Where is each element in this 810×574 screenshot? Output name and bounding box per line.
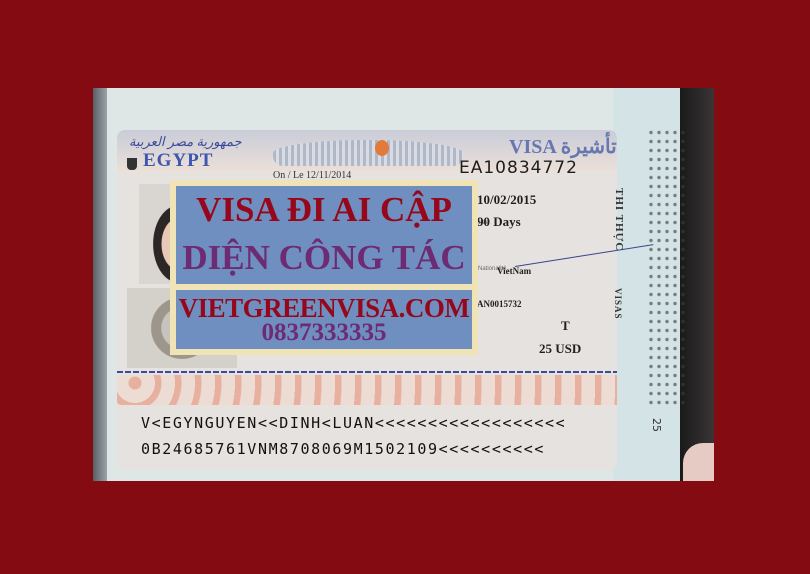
perforated-number xyxy=(647,128,687,408)
promo-title-panel: VISA ĐI AI CẬP DIỆN CÔNG TÁC xyxy=(176,186,472,284)
visa-title: VISA تأشيرة xyxy=(509,134,617,159)
visa-number: EA10834772 xyxy=(459,158,578,178)
country-arabic: جمهورية مصر العربية xyxy=(129,134,242,150)
country-name: EGYPT xyxy=(143,150,213,172)
mrz-line-2: 0B24685761VNM8708069M1502109<<<<<<<<<< xyxy=(141,440,545,458)
promo-title-line-1: VISA ĐI AI CẬP xyxy=(176,190,472,230)
page-number: 25 xyxy=(650,418,663,432)
vertical-label-visas: VISAS xyxy=(613,288,623,320)
promo-title-line-2: DIỆN CÔNG TÁC xyxy=(176,238,472,278)
promo-contact-panel: VIETGREENVISA.COM 0837333335 xyxy=(176,290,472,349)
duration-value: 90 Days xyxy=(477,214,521,230)
shield-icon xyxy=(127,158,137,170)
mrz-line-1: V<EGYNGUYEN<<DINH<LUAN<<<<<<<<<<<<<<<<<< xyxy=(141,414,566,432)
passport-number: AN0015732 xyxy=(477,299,522,309)
sun-disk-icon xyxy=(375,140,389,156)
security-line xyxy=(117,371,617,373)
expiration-value: 10/02/2015 xyxy=(477,192,536,208)
promo-phone: 0837333335 xyxy=(176,319,472,347)
thumb xyxy=(683,443,714,481)
winged-sun-emblem xyxy=(273,140,463,166)
visa-type: T xyxy=(561,318,570,334)
ornament-band xyxy=(117,375,617,405)
visa-fee: 25 USD xyxy=(539,341,581,357)
passport-edge xyxy=(93,88,107,481)
promo-overlay: VISA ĐI AI CẬP DIỆN CÔNG TÁC VIETGREENVI… xyxy=(170,180,478,355)
vertical-label-thi-thuc: THI THỰC xyxy=(613,188,625,251)
